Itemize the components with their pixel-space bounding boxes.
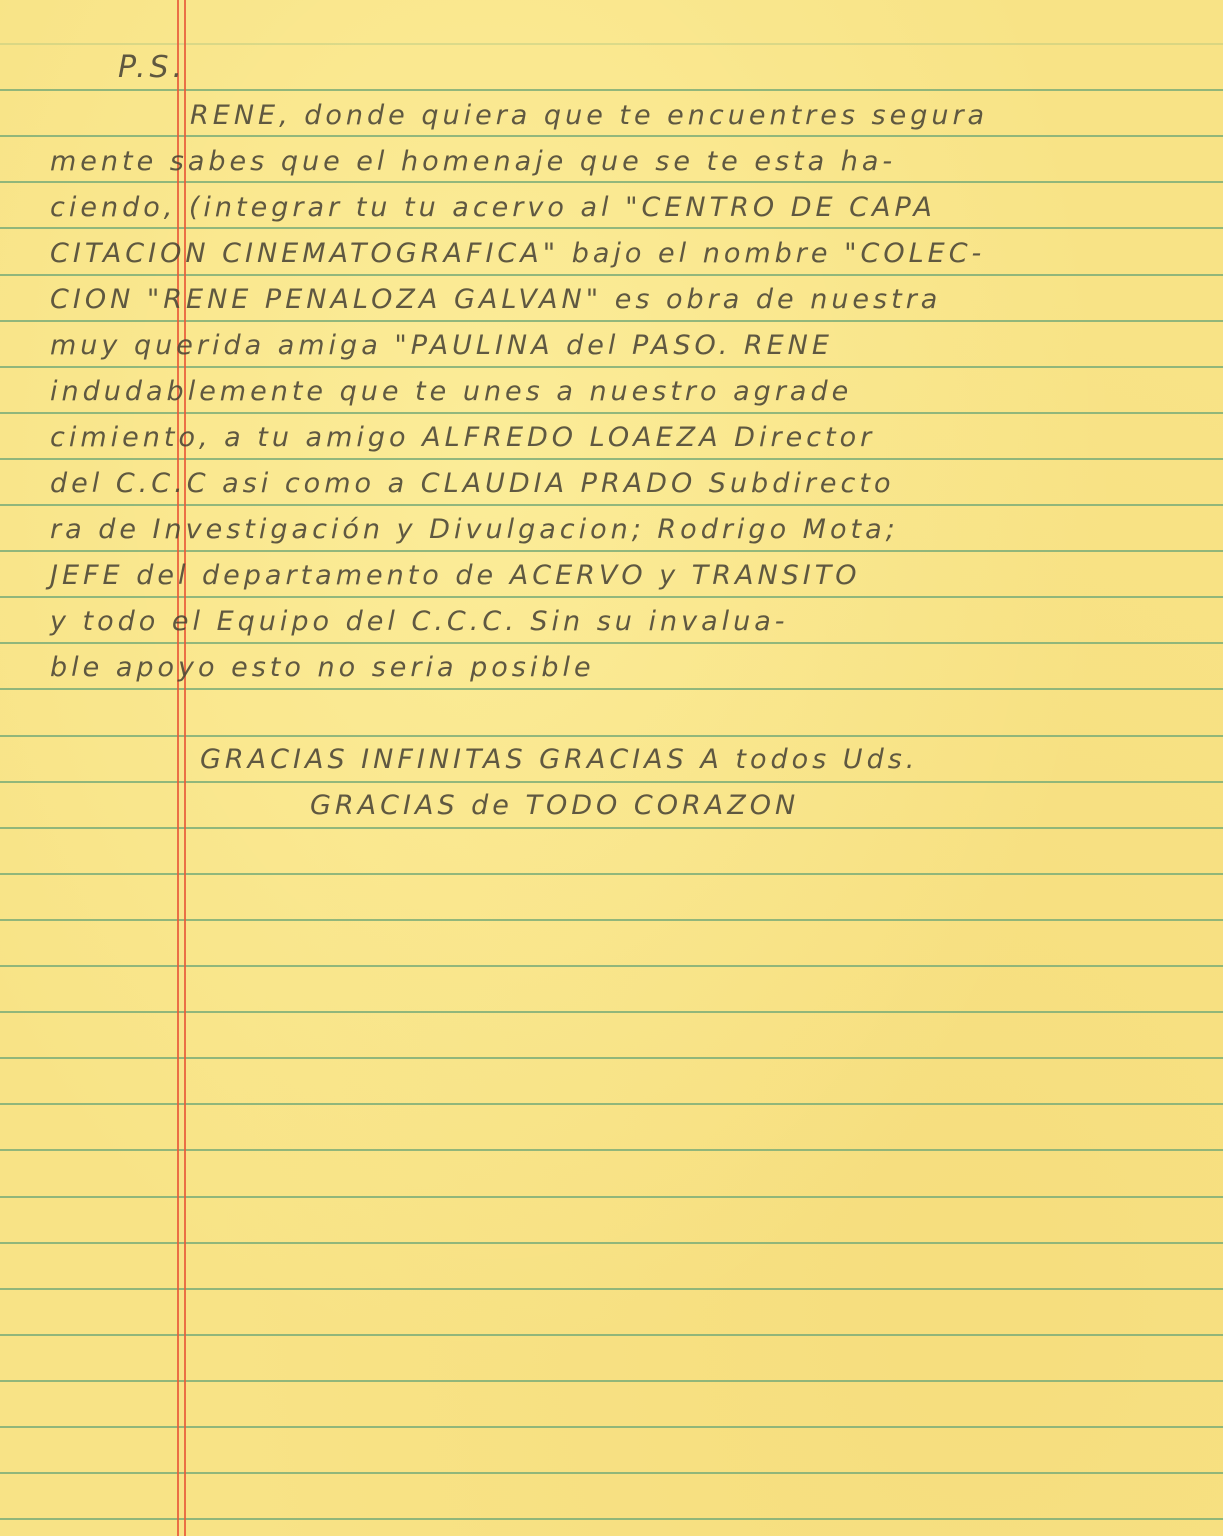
letter-line-8: cimiento, a tu amigo ALFREDO LOAEZA Dire… [50,422,875,453]
letter-line-2: mente sabes que el homenaje que se te es… [50,146,896,177]
postscript-heading: P.S. [118,50,186,85]
letter-line-13: ble apoyo esto no seria posible [50,652,595,683]
legal-pad-page: P.S. RENE, donde quiera que te encuentre… [0,0,1223,1536]
letter-line-6: muy querida amiga "PAULINA del PASO. REN… [50,330,833,361]
letter-line-11: JEFE del departamento de ACERVO y TRANSI… [50,560,861,591]
letter-line-12: y todo el Equipo del C.C.C. Sin su inval… [50,606,789,637]
letter-line-1: RENE, donde quiera que te encuentres seg… [190,100,988,131]
letter-line-3: ciendo, (integrar tu tu acervo al "CENTR… [50,192,936,223]
margin-line-right [184,0,186,1536]
letter-line-7: indudablemente que te unes a nuestro agr… [50,376,852,407]
closing-line-2: GRACIAS de TODO CORAZON [310,790,799,821]
margin-line-left [177,0,179,1536]
letter-line-4: CITACION CINEMATOGRAFICA" bajo el nombre… [50,238,985,269]
closing-line-1: GRACIAS INFINITAS GRACIAS A todos Uds. [200,744,918,775]
letter-line-5: CION "RENE PENALOZA GALVAN" es obra de n… [50,284,941,315]
letter-line-9: del C.C.C asi como a CLAUDIA PRADO Subdi… [50,468,895,499]
letter-line-10: ra de Investigación y Divulgacion; Rodri… [50,514,899,545]
